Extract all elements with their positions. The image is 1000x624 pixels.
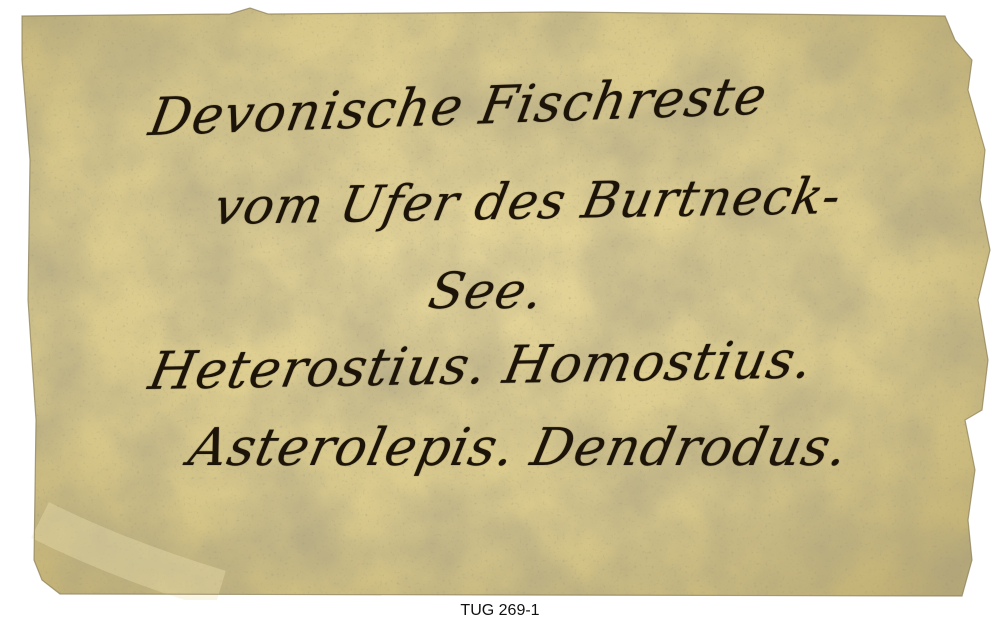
specimen-caption: TUG 269-1 bbox=[0, 600, 1000, 624]
specimen-label-photo: Devonische Fischreste vom Ufer des Burtn… bbox=[0, 0, 1000, 600]
handwritten-line-5: Asterolepis. Dendrodus. bbox=[184, 418, 854, 478]
handwritten-line-3: See. bbox=[424, 262, 550, 320]
handwritten-line-4: Heterostius. Homostius. bbox=[144, 330, 818, 402]
handwritten-line-2: vom Ufer des Burtneck- bbox=[209, 167, 846, 236]
